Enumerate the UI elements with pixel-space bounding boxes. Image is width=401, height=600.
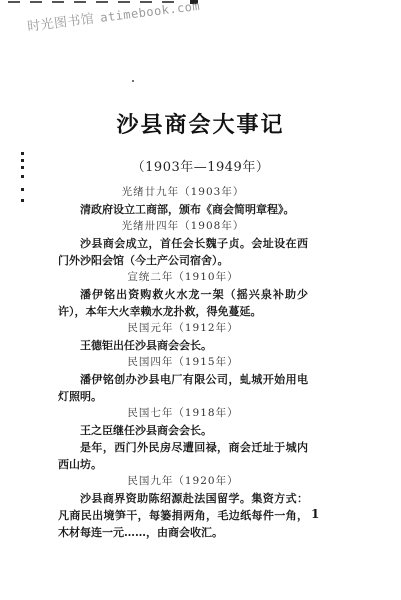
entry-paragraph: 沙县商会成立，首任会长魏子贞。会址设在西门外沙阳会馆（今土产公司宿舍）。 <box>58 235 308 269</box>
chronicle-body: 光绪廿九年（1903年） 清政府设立工商部，颁布《商会简明章程》。 光绪卅四年（… <box>58 184 308 541</box>
year-heading: 宣统二年（1910年） <box>58 269 308 286</box>
entry-paragraph: 王德钜出任沙县商会会长。 <box>58 337 308 354</box>
watermark: 时光图书馆atimebook.com <box>26 0 201 35</box>
entry-paragraph: 王之臣继任沙县商会会长。 <box>58 422 308 439</box>
year-heading: 光绪卅四年（1908年） <box>58 218 308 235</box>
entry-paragraph: 潘伊铭创办沙县电厂有限公司，虬城开始用电灯照明。 <box>58 371 308 405</box>
year-heading: 民国九年（1920年） <box>58 473 308 490</box>
entry-paragraph: 潘伊铭出资购救火水龙一架（摇兴泉补助少许），本年大火幸赖水龙扑救，得免蔓延。 <box>58 286 308 320</box>
year-heading: 光绪廿九年（1903年） <box>58 184 308 201</box>
year-heading: 民国四年（1915年） <box>58 354 308 371</box>
year-heading: 民国七年（1918年） <box>58 405 308 422</box>
date-range-subtitle: （1903年—1949年） <box>0 156 401 175</box>
entry-paragraph: 清政府设立工商部，颁布《商会简明章程》。 <box>58 201 308 218</box>
entry-paragraph: 沙县商界资助陈绍源赴法国留学。集资方式：凡商民出境笋干，每篓捐两角，毛边纸每件一… <box>58 490 308 541</box>
page-title: 沙县商会大事记 <box>0 108 401 139</box>
page-number: 1 <box>311 507 319 521</box>
watermark-cn: 时光图书馆 <box>26 12 95 35</box>
year-heading: 民国元年（1912年） <box>58 320 308 337</box>
entry-paragraph: 是年，西门外民房尽遭回禄，商会迁址于城内西山坊。 <box>58 439 308 473</box>
speck <box>132 80 134 82</box>
